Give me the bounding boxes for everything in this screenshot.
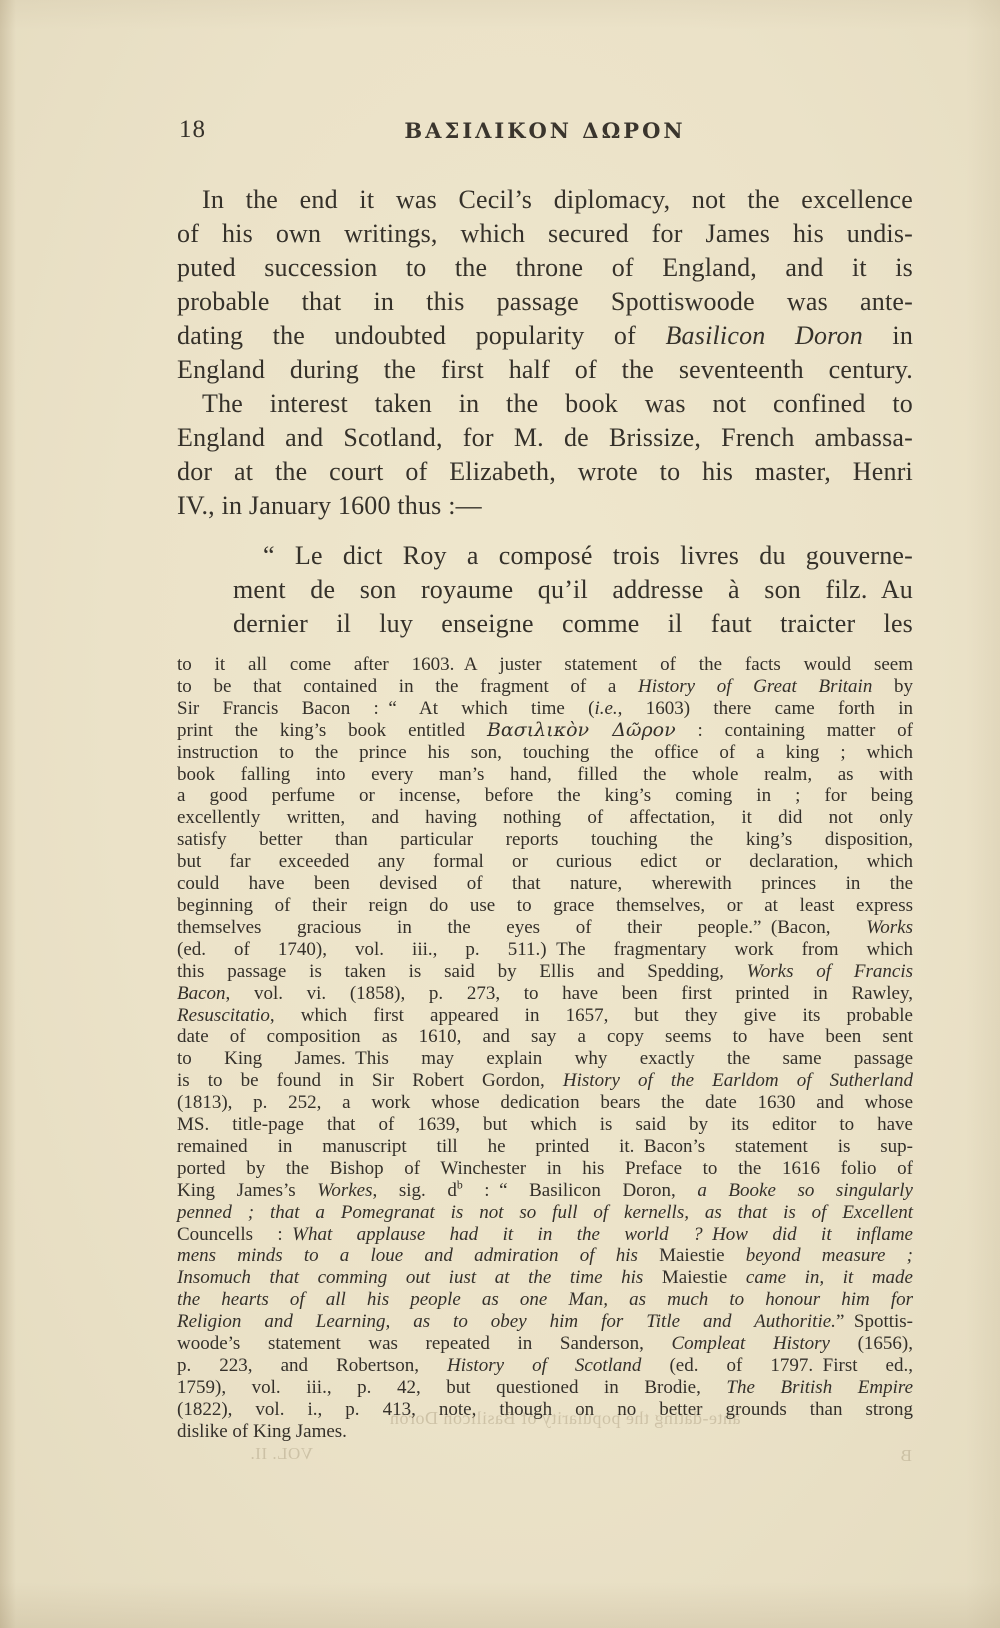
text-line: MS. title-page that of 1639, but which i… (177, 1114, 913, 1136)
text-line: this passage is taken is said by Ellis a… (177, 961, 913, 983)
text-line: dislike of King James. (177, 1421, 913, 1443)
running-title: ΒΑΣΙΛΙΚΟΝ ΔΩΡΟΝ (177, 118, 913, 143)
text-line: to it all come after 1603. A juster stat… (177, 654, 913, 676)
text-line: penned ; that a Pomegranat is not so ful… (177, 1202, 913, 1224)
text-line: themselves gracious in the eyes of their… (177, 917, 913, 939)
text-line: ment de son royaume qu’il addresse à son… (233, 573, 913, 607)
text-line: Religion and Learning, as to obey him fo… (177, 1311, 913, 1333)
showthrough-volume: VOL. II. (250, 1444, 313, 1464)
text-line: to King James. This may explain why exac… (177, 1048, 913, 1070)
text-line: England and Scotland, for M. de Brissize… (177, 421, 913, 455)
text-line: could have been devised of that nature, … (177, 873, 913, 895)
text-line: instruction to the prince his son, touch… (177, 742, 913, 764)
text-line: Sir Francis Bacon : “ At which time (i.e… (177, 698, 913, 720)
text-line: of his own writings, which secured for J… (177, 217, 913, 251)
text-line: book falling into every man’s hand, fill… (177, 764, 913, 786)
text-line: ported by the Bishop of Winchester in hi… (177, 1158, 913, 1180)
text-line: Resuscitatio, which first appeared in 16… (177, 1005, 913, 1027)
text-column: In the end it was Cecil’s diplomacy, not… (177, 183, 913, 1443)
text-line: mens minds to a loue and admiration of h… (177, 1245, 913, 1267)
text-line: date of composition as 1610, and say a c… (177, 1026, 913, 1048)
text-line: dating the undoubted popularity of Basil… (177, 319, 913, 353)
text-line: The interest taken in the book was not c… (177, 387, 913, 421)
text-line: satisfy better than particular reports t… (177, 829, 913, 851)
body-paragraphs: In the end it was Cecil’s diplomacy, not… (177, 183, 913, 523)
text-line: (1822), vol. i., p. 413, note, though on… (177, 1399, 913, 1421)
text-line: the hearts of all his people as one Man,… (177, 1289, 913, 1311)
text-line: King James’s Workes, sig. db : “ Basilic… (177, 1180, 913, 1202)
text-line: (1813), p. 252, a work whose dedication … (177, 1092, 913, 1114)
showthrough-signature: B (900, 1446, 912, 1466)
text-line: puted succession to the throne of Englan… (177, 251, 913, 285)
text-line: Insomuch that comming out iust at the ti… (177, 1267, 913, 1289)
text-line: Councells : What applause had it in the … (177, 1224, 913, 1246)
book-page: 18 ΒΑΣΙΛΙΚΟΝ ΔΩΡΟΝ In the end it was Cec… (0, 0, 1000, 1628)
text-line: p. 223, and Robertson, History of Scotla… (177, 1355, 913, 1377)
text-line: Bacon, vol. vi. (1858), p. 273, to have … (177, 983, 913, 1005)
text-line: probable that in this passage Spottiswoo… (177, 285, 913, 319)
page-header: 18 ΒΑΣΙΛΙΚΟΝ ΔΩΡΟΝ (177, 114, 913, 148)
french-quote: “ Le dict Roy a composé trois livres du … (233, 539, 913, 641)
text-line: In the end it was Cecil’s diplomacy, not… (177, 183, 913, 217)
text-line: woode’s statement was repeated in Sander… (177, 1333, 913, 1355)
text-line: print the king’s book entitled Βασιλικὸν… (177, 720, 913, 742)
text-line: excellently written, and having nothing … (177, 807, 913, 829)
text-line: (ed. of 1740), vol. iii., p. 511.) The f… (177, 939, 913, 961)
text-line: 1759), vol. iii., p. 42, but questioned … (177, 1377, 913, 1399)
text-line: “ Le dict Roy a composé trois livres du … (233, 539, 913, 573)
text-line: England during the first half of the sev… (177, 353, 913, 387)
text-line: dor at the court of Elizabeth, wrote to … (177, 455, 913, 489)
text-line: beginning of their reign do use to grace… (177, 895, 913, 917)
footnote: to it all come after 1603. A juster stat… (177, 654, 913, 1443)
text-line: is to be found in Sir Robert Gordon, His… (177, 1070, 913, 1092)
text-line: remained in manuscript till he printed i… (177, 1136, 913, 1158)
text-line: IV., in January 1600 thus :— (177, 489, 913, 523)
text-line: a good perfume or incense, before the ki… (177, 785, 913, 807)
text-line: to be that contained in the fragment of … (177, 676, 913, 698)
text-line: but far exceeded any formal or curious e… (177, 851, 913, 873)
text-line: dernier il luy enseigne comme il faut tr… (233, 607, 913, 641)
